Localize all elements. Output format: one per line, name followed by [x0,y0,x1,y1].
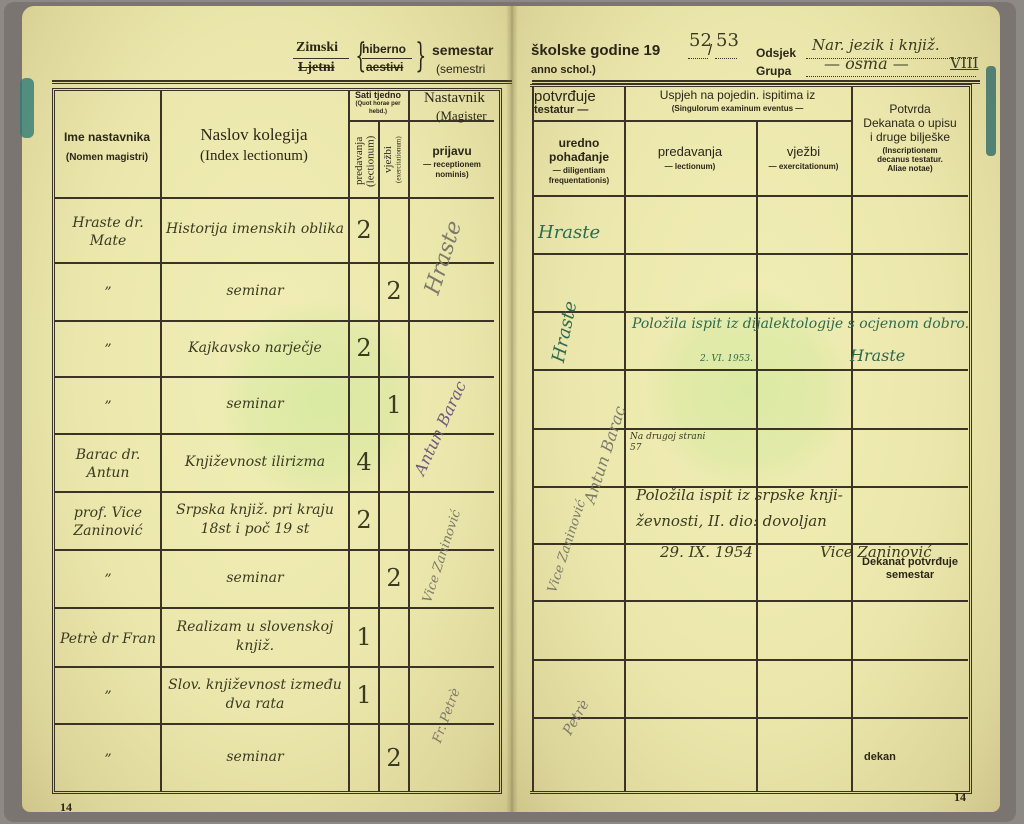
col-exam-lectures: predavanja [624,144,756,159]
row-course: Kajkavsko narječje [164,324,346,372]
col-registration-latin: — receptionem [410,160,494,169]
col-hours-weekly: Sati tjedno [348,90,408,100]
exam-date-row3: 2. VI. 1953. [700,354,753,364]
latin-winter-label: hiberno [362,42,406,56]
exam-date-row7: 29. IX. 1954 [660,543,753,561]
row-divider [54,549,494,551]
department-value: Nar. jezik i knjiž. [812,36,940,54]
row-divider [532,120,851,122]
col-course-title-latin: (Index lectionum) [160,148,348,165]
row-course: seminar [164,380,346,429]
semester-summer-label: Ljetni [298,60,335,76]
page-number-left: 14 [60,800,72,815]
col-registration-latin2: nominis) [410,170,494,179]
row-exercises-hours [380,666,408,723]
semestri-label: (semestri [436,62,485,76]
row-lectures-hours: 2 [350,197,378,262]
row-lectures-hours: 1 [350,607,378,666]
row-divider [532,717,968,719]
year-line [688,58,708,59]
row-divider [532,659,968,661]
col-teacher-name: Ime nastavnika [54,130,160,144]
row-divider [54,666,494,668]
row-teacher: Barac dr. Antun [60,439,156,489]
col-teacher-latin: (Magister [436,108,487,124]
attendance-sign-row1: Hraste [538,222,600,243]
row-exercises-hours: 2 [380,549,408,607]
col-exam-exercises: vježbi [756,144,851,159]
col-exam-exercises-latin: — exercitationum) [756,162,851,171]
group-label: Grupa [756,64,791,78]
row-teacher: Petrè dr Fran [60,613,156,664]
col-exam-success: Uspjeh na pojedin. ispitima iz [624,88,851,102]
semester-winter-label: Zimski [296,40,338,56]
col-divider [160,90,162,792]
col-divider [756,120,758,792]
school-year-label: školske godine 19 [531,42,660,59]
fraction-line [362,58,412,59]
row-lectures-hours: 1 [350,666,378,723]
row-teacher: ” [60,555,156,605]
row-exercises-hours [380,320,408,376]
row-lectures-hours [350,262,378,320]
row-divider [54,607,494,609]
row-course: seminar [164,266,346,316]
year-line [715,58,737,59]
col-attendance-latin2: frequentationis) [534,176,624,185]
row-exercises-hours: 1 [380,376,408,433]
col-teacher-name-latin: (Nomen magistri) [54,152,160,163]
row-lectures-hours: 2 [350,320,378,376]
col-exercises-latin: (exercitationum) [395,137,403,184]
row-divider [532,428,968,430]
row-course: seminar [164,553,346,603]
col-dean-latin2: decanus testatur. [852,155,968,164]
col-exam-lectures-latin: — lectionum) [624,162,756,171]
row-divider [54,197,494,199]
row-lectures-hours [350,376,378,433]
col-exercises-label: vježbi [382,147,394,174]
ink-stain [20,78,34,138]
row-teacher: prof. Vice Zaninović [60,497,156,547]
row-divider [532,311,968,313]
group-line [806,76,976,77]
fraction-line [293,58,349,59]
exam-note-row6: Položila ispit iz srpske knji- [636,486,843,504]
row-exercises-hours: 2 [380,262,408,320]
row-course: Slov. književnost između dva rata [164,670,346,719]
row-divider [532,600,968,602]
row-lectures-hours: 2 [350,491,378,549]
col-lectures-latin: (lectionum) [365,135,377,186]
col-teacher: Nastavnik [424,90,485,107]
dean-confirms-semester: Dekanat potvrđuje semestar [852,556,968,582]
exam-note-row6b: ževnosti, II. dio: dovoljan [636,512,827,530]
col-exercises: vježbi(exercitationum) [383,126,404,194]
row-teacher: ” [60,729,156,790]
row-course: seminar [164,727,346,788]
row-lectures-hours [350,549,378,607]
col-dean-latin: (Inscriptionem [852,146,968,155]
col-exam-success-latin: (Singulorum examinum eventus — [624,104,851,113]
row-teacher: ” [60,672,156,721]
col-divider [851,86,853,792]
row-exercises-hours [380,607,408,666]
col-course-title: Naslov kolegija [160,125,348,145]
ink-stain [986,66,996,156]
group-value: — osma — [824,54,909,73]
col-divider [532,86,534,792]
col-lectures: predavanja(lectionum) [354,130,377,192]
row-course: Realizam u slovenskoj knjiž. [164,611,346,662]
note-other-side: Na drugoj strani 57 [630,432,710,454]
row-course: Književnost ilirizma [164,437,346,487]
row-lectures-hours [350,723,378,792]
col-hours-weekly-latin: (Quot horae per hebd.) [350,100,406,116]
exam-note-row3: Položila ispit iz dijalektologije s ocje… [632,316,969,332]
col-confirms: potvrđuje [534,88,596,105]
header-rule [52,80,512,84]
row-teacher: ” [60,268,156,318]
col-confirms-latin: testatur — [534,104,588,116]
row-exercises-hours [380,491,408,549]
col-dean-confirm-3: i druge bilješke [852,130,968,144]
col-dean-latin3: Aliae notae) [852,164,968,173]
row-exercises-hours: 2 [380,723,408,792]
col-dean-confirm: Potvrda [852,102,968,116]
row-exercises-hours [380,433,408,491]
anno-schol-label: anno schol.) [531,64,596,76]
col-attendance-2: pohađanje [534,150,624,164]
col-attendance: uredno [534,136,624,150]
row-divider [532,369,968,371]
page-number-right: 14 [954,790,966,805]
col-registration: prijavu [410,144,494,158]
row-course: Srpska knjiž. pri kraju 18st i poč 19 st [164,495,346,545]
row-course: Historija imenskih oblika [164,201,346,258]
row-divider [54,491,494,493]
row-exercises-hours [380,197,408,262]
brace-right: } [415,36,426,76]
book-gutter [506,6,518,812]
year-separator: / [708,42,712,59]
row-divider [54,376,494,378]
col-dean-confirm-2: Dekanata o upisu [852,116,968,130]
row-divider [54,723,494,725]
dean-label: dekan [864,751,896,763]
col-divider [624,86,626,792]
department-label: Odsjek [756,46,796,60]
row-teacher: Hraste dr. Mate [60,203,156,260]
row-divider [532,253,968,255]
group-roman: VIII [950,54,979,72]
col-attendance-latin: — diligentiam [534,166,624,175]
row-lectures-hours: 4 [350,433,378,491]
latin-summer-label: aestivi [366,60,403,74]
col-lectures-label: predavanja [353,137,365,185]
row-divider [532,195,968,197]
row-divider [54,320,494,322]
year-to: 53 [716,30,739,51]
row-teacher: ” [60,326,156,374]
col-divider [408,90,410,792]
row-teacher: ” [60,382,156,431]
semestar-label: semestar [432,42,494,58]
exam-sign-row3: Hraste [850,346,905,365]
